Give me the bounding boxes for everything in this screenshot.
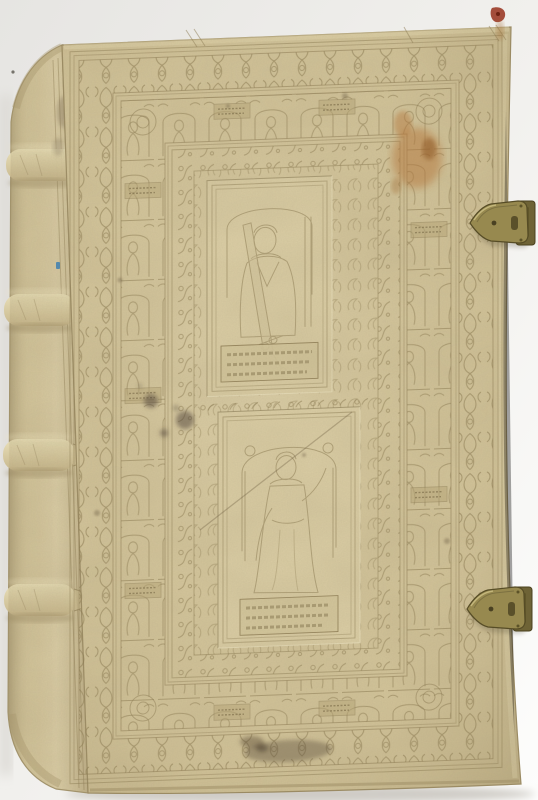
book-photo: Photograph of an early printed book in a…: [0, 0, 538, 800]
blue-speck: [56, 262, 60, 269]
aging-texture: [0, 0, 538, 800]
backdrop-speck: [11, 70, 14, 73]
